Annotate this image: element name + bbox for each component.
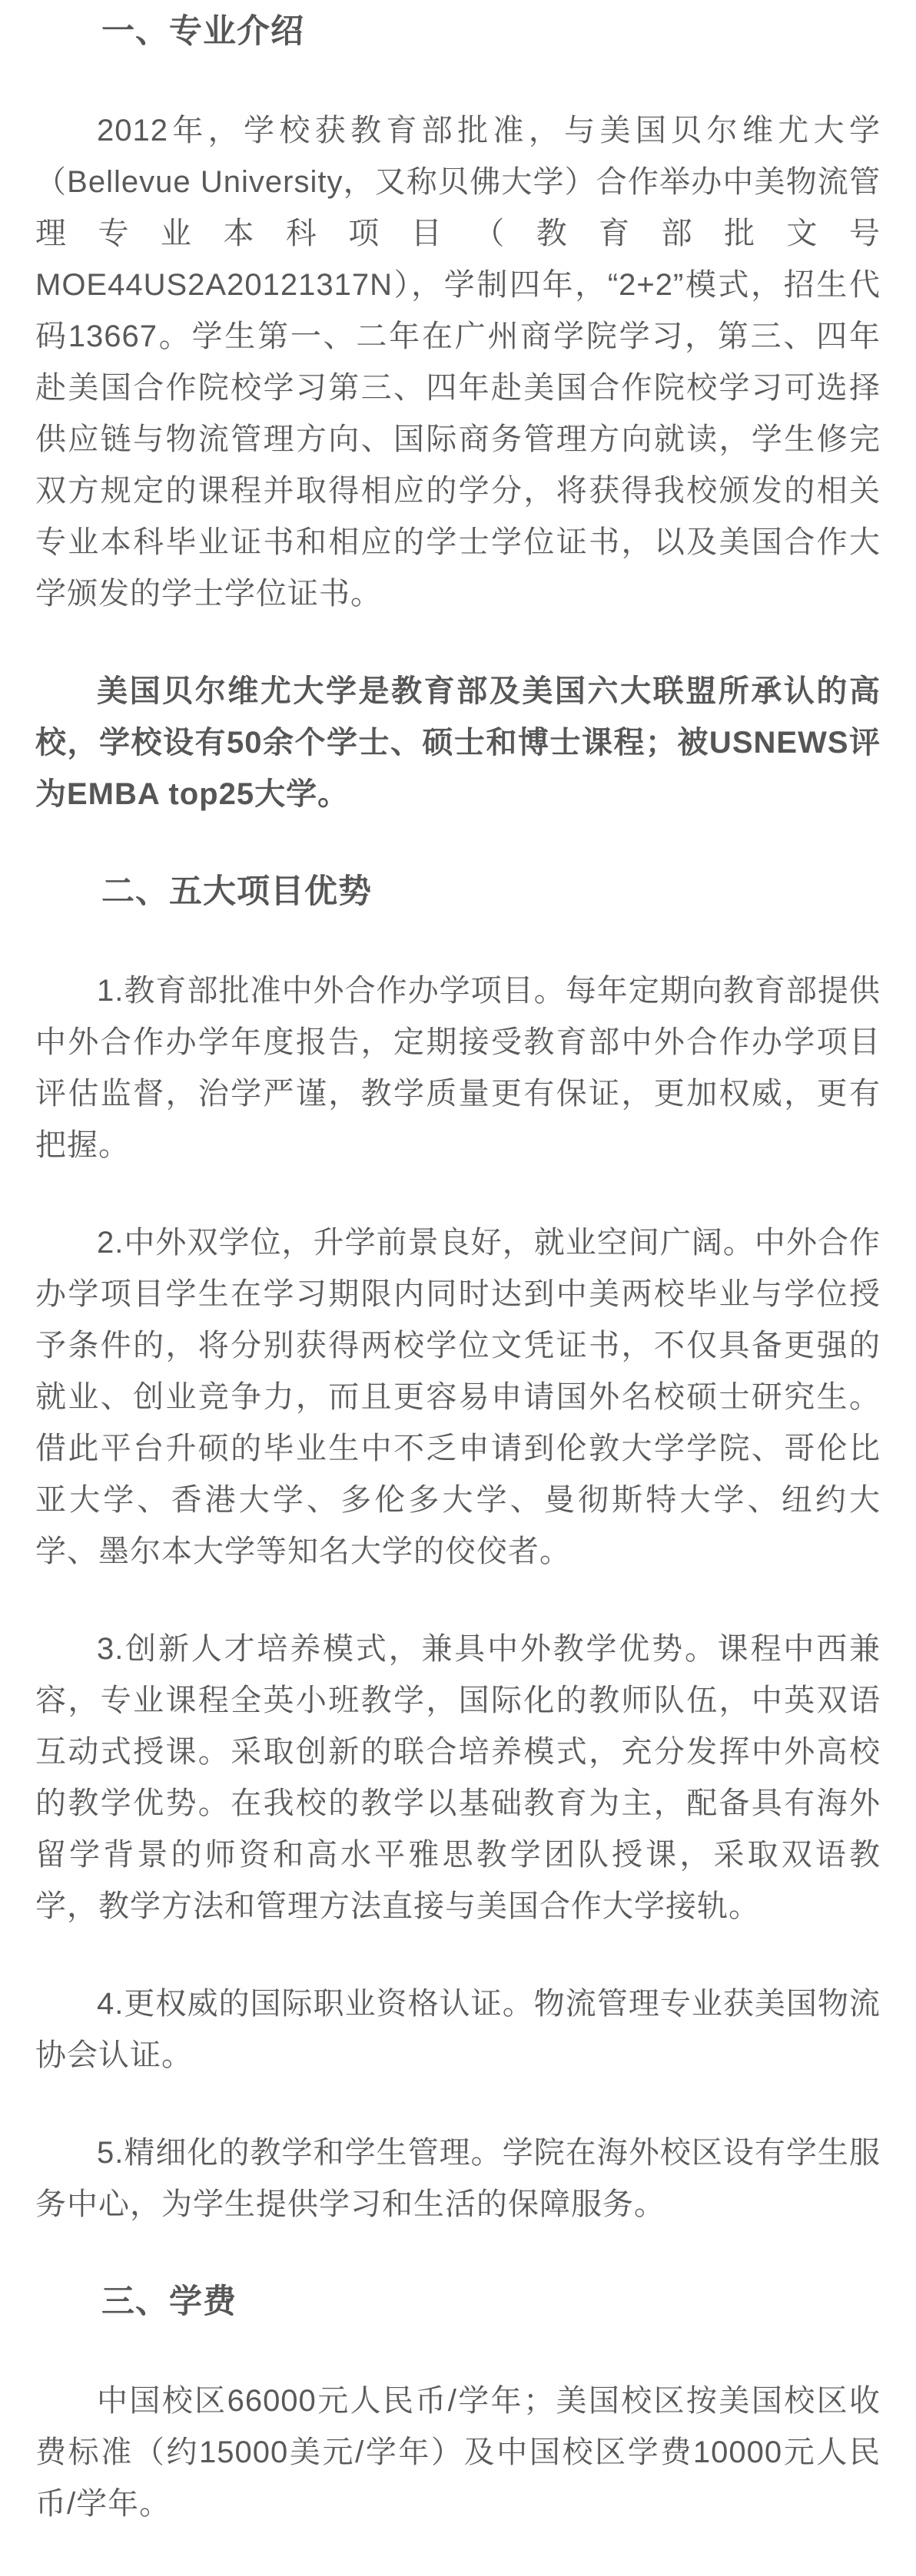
heading-tuition: 三、学费 <box>35 2276 881 2328</box>
paragraph-bellevue-university-highlight: 美国贝尔维尤大学是教育部及美国六大联盟所承认的高校，学校设有50余个学士、硕士和… <box>35 666 881 820</box>
advantage-3-paragraph: 3.创新人才培养模式，兼具中外教学优势。课程中西兼容，专业课程全英小班教学，国际… <box>35 1624 881 1932</box>
advantage-1-paragraph: 1.教育部批准中外合作办学项目。每年定期向教育部提供中外合作办学年度报告，定期接… <box>35 965 881 1171</box>
advantage-2-paragraph: 2.中外双学位，升学前景良好，就业空间广阔。中外合作办学项目学生在学习期限内同时… <box>35 1217 881 1578</box>
heading-five-advantages: 二、五大项目优势 <box>35 866 881 918</box>
paragraph-tuition-fees: 中国校区66000元人民币/学年；美国校区按美国校区收费标准（约15000美元/… <box>35 2376 881 2530</box>
advantage-4-paragraph: 4.更权威的国际职业资格认证。物流管理专业获美国物流协会认证。 <box>35 1978 881 2081</box>
heading-major-introduction: 一、专业介绍 <box>35 6 881 58</box>
article-content: 一、专业介绍 2012年，学校获教育部批准，与美国贝尔维尤大学（Bellevue… <box>0 0 916 2576</box>
paragraph-program-overview: 2012年，学校获教育部批准，与美国贝尔维尤大学（Bellevue Univer… <box>35 105 881 620</box>
advantage-5-paragraph: 5.精细化的教学和学生管理。学院在海外校区设有学生服务中心，为学生提供学习和生活… <box>35 2127 881 2230</box>
